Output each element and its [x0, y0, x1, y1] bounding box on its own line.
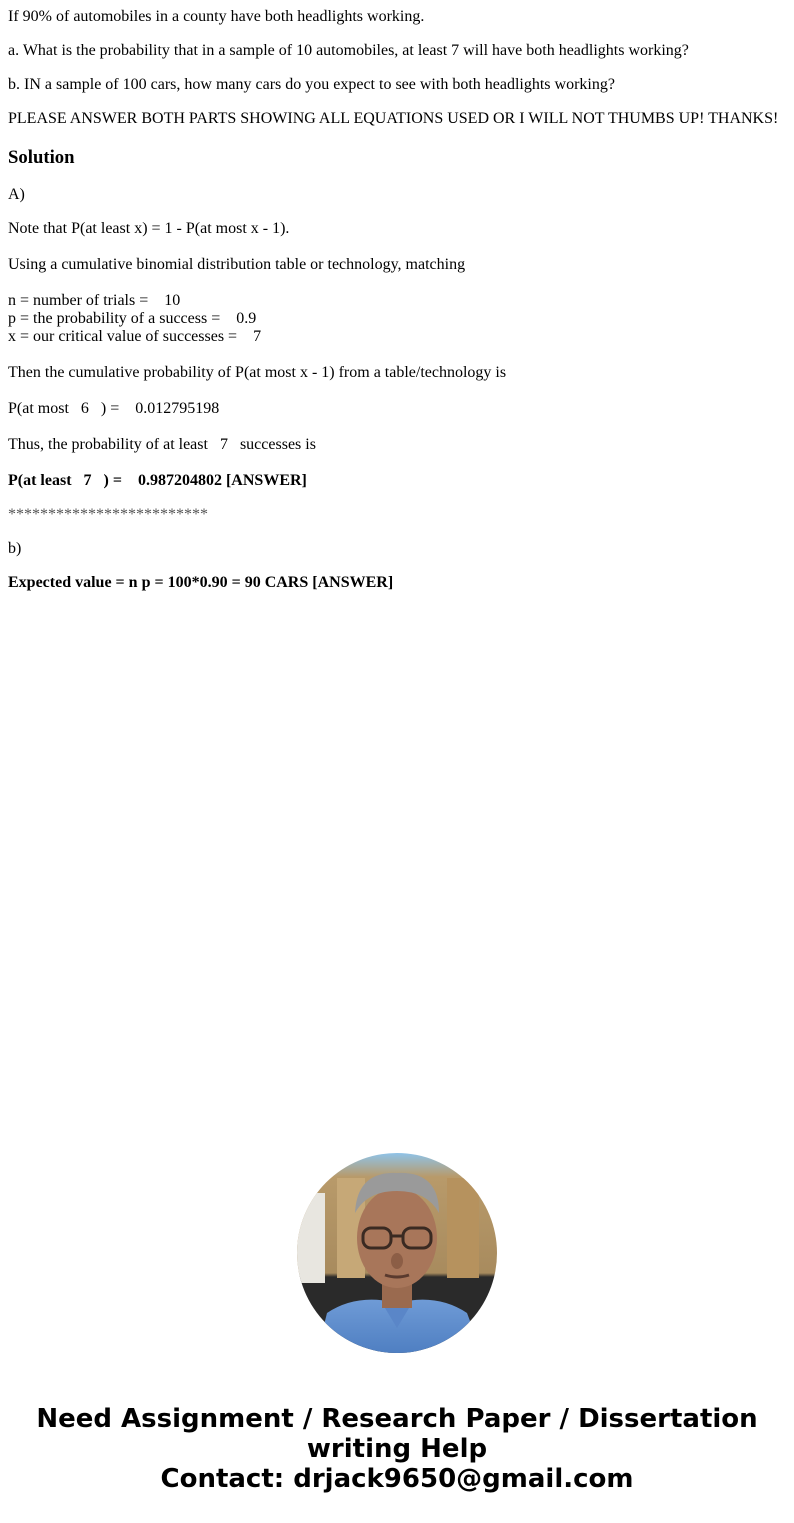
author-photo-icon [297, 1153, 497, 1353]
param-n: n = number of trials = 10 [8, 292, 786, 310]
promo-contact: Contact: drjack9650@gmail.com [0, 1464, 794, 1494]
answer-a: P(at least 7 ) = 0.987204802 [ANSWER] [8, 472, 786, 490]
promo-line-1: Need Assignment / Research Paper / Disse… [0, 1404, 794, 1434]
at-most-line: P(at most 6 ) = 0.012795198 [8, 400, 786, 418]
note-line: Note that P(at least x) = 1 - P(at most … [8, 220, 786, 238]
question-part-b: b. IN a sample of 100 cars, how many car… [8, 76, 786, 94]
question-intro: If 90% of automobiles in a county have b… [8, 8, 786, 26]
cumulative-intro: Then the cumulative probability of P(at … [8, 364, 786, 382]
part-b-label: b) [8, 540, 786, 558]
param-x: x = our critical value of successes = 7 [8, 328, 786, 346]
solution-heading: Solution [8, 147, 786, 169]
question-part-a: a. What is the probability that in a sam… [8, 42, 786, 60]
answer-b: Expected value = n p = 100*0.90 = 90 CAR… [8, 574, 786, 592]
separator: ************************* [8, 506, 786, 524]
method-line: Using a cumulative binomial distribution… [8, 256, 786, 274]
promo-line-2: writing Help [0, 1434, 794, 1464]
parameter-list: n = number of trials = 10 p = the probab… [8, 292, 786, 346]
thus-line: Thus, the probability of at least 7 succ… [8, 436, 786, 454]
question-request: PLEASE ANSWER BOTH PARTS SHOWING ALL EQU… [8, 110, 786, 128]
document-body: If 90% of automobiles in a county have b… [8, 0, 786, 592]
promo-banner: Need Assignment / Research Paper / Disse… [0, 1404, 794, 1494]
part-a-label: A) [8, 186, 786, 204]
param-p: p = the probability of a success = 0.9 [8, 310, 786, 328]
